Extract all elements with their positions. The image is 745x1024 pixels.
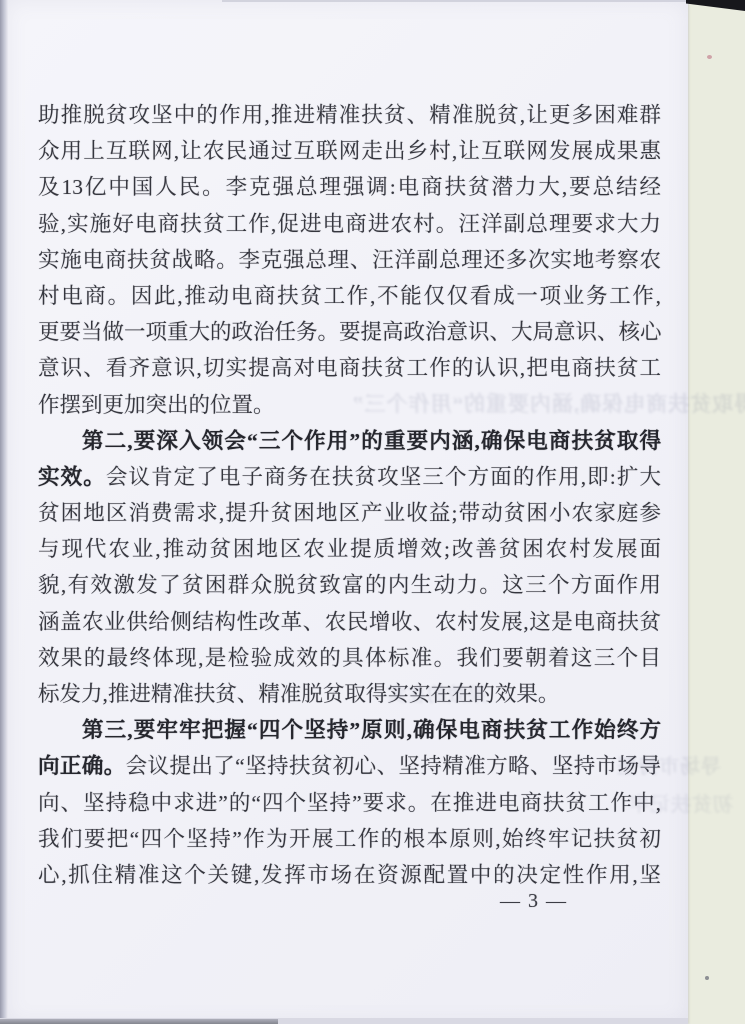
scan-speck [707,55,712,59]
page-top-edge [222,0,688,2]
text-line: 众用上互联网,让农民通过互联网走出乡村,让互联网发展成果惠 [38,133,661,169]
text-segment: 村电商。因此,推动电商扶贫工作,不能仅仅看成一项业务工作, [38,284,661,308]
text-segment: 效果的最终体现,是检验成效的具体标准。我们要朝着这三个目 [38,646,661,670]
text-line: 向正确。会议提出了“坚持扶贫初心、坚持精准方略、坚持市场导 [38,748,661,784]
document-text: 助推脱贫攻坚中的作用,推进精准扶贫、精准脱贫,让更多困难群众用上互联网,让农民通… [38,97,661,893]
text-line: 心,抓住精准这个关键,发挥市场在资源配置中的决定性作用,坚 [38,857,661,893]
page-number: — 3 — [500,890,568,913]
bold-text-segment: 第二,要深入领会“三个作用”的重要内涵,确保电商扶贫取得 [82,429,661,453]
text-line: 助推脱贫攻坚中的作用,推进精准扶贫、精准脱贫,让更多困难群 [38,97,661,133]
bleed-through-text: 初贫扶记牢 [628,788,733,817]
text-line: 貌,有效激发了贫困群众脱贫致富的内生动力。这三个方面作用 [38,567,661,603]
page-left-edge-shadow [0,0,8,1024]
scan-bottom-shadow [0,1019,278,1024]
text-line: 实施电商扶贫战略。李克强总理、汪洋副总理还多次实地考察农 [38,242,661,278]
text-segment: 及13亿中国人民。李克强总理强调:电商扶贫潜力大,要总结经 [38,175,661,199]
text-segment: 意识、看齐意识,切实提高对电商扶贫工作的认识,把电商扶贫工 [38,356,661,380]
text-segment: 会议肯定了电子商务在扶贫攻坚三个方面的作用,即:扩大 [106,465,661,489]
text-line: 意识、看齐意识,切实提高对电商扶贫工作的认识,把电商扶贫工 [38,350,661,386]
text-segment: 验,实施好电商扶贫工作,促进电商进农村。汪洋副总理要求大力 [38,212,661,236]
text-segment: 涵盖农业供给侧结构性改革、农民增收、农村发展,这是电商扶贫 [38,610,661,634]
text-segment: 貌,有效激发了贫困群众脱贫致富的内生动力。这三个方面作用 [38,573,661,597]
bleed-through-text: 得取贫扶商电保确,涵内要重的“用作个三” [352,388,745,418]
text-line: 效果的最终体现,是检验成效的具体标准。我们要朝着这三个目 [38,640,661,676]
text-segment: 众用上互联网,让农民通过互联网走出乡村,让互联网发展成果惠 [38,139,661,163]
text-line: 第三,要牢牢把握“四个坚持”原则,确保电商扶贫工作始终方 [38,712,661,748]
text-line: 验,实施好电商扶贫工作,促进电商进农村。汪洋副总理要求大力 [38,206,661,242]
text-line: 更要当做一项重大的政治任务。要提高政治意识、大局意识、核心 [38,314,661,350]
text-segment: 会议提出了“坚持扶贫初心、坚持精准方略、坚持市场导 [126,754,661,778]
text-line: 涵盖农业供给侧结构性改革、农民增收、农村发展,这是电商扶贫 [38,604,661,640]
text-line: 及13亿中国人民。李克强总理强调:电商扶贫潜力大,要总结经 [38,169,661,205]
text-segment: 贫困地区消费需求,提升贫困地区产业收益;带动贫困小农家庭参 [38,501,661,525]
text-line: 与现代农业,推动贫困地区农业提质增效;改善贫困农村发展面 [38,531,661,567]
scan-corner-artifact [686,0,745,11]
text-line: 我们要把“四个坚持”作为开展工作的根本原则,始终牢记扶贫初 [38,821,661,857]
scan-speck [705,976,709,980]
text-line: 向、坚持稳中求进”的“四个坚持”要求。在推进电商扶贫工作中, [38,785,661,821]
text-segment: 实施电商扶贫战略。李克强总理、汪洋副总理还多次实地考察农 [38,248,661,272]
text-line: 标发力,推进精准扶贫、精准脱贫取得实实在在的效果。 [38,676,661,712]
text-segment: 与现代农业,推动贫困地区农业提质增效;改善贫困农村发展面 [38,537,661,561]
text-segment: 心,抓住精准这个关键,发挥市场在资源配置中的决定性作用,坚 [38,863,661,887]
text-line: 实效。会议肯定了电子商务在扶贫攻坚三个方面的作用,即:扩大 [38,459,661,495]
bold-text-segment: 实效。 [38,465,106,489]
text-line: 村电商。因此,推动电商扶贫工作,不能仅仅看成一项业务工作, [38,278,661,314]
text-segment: 向、坚持稳中求进”的“四个坚持”要求。在推进电商扶贫工作中, [38,791,661,815]
bleed-through-text: 果效的在实 [386,680,486,707]
text-segment: 我们要把“四个坚持”作为开展工作的根本原则,始终牢记扶贫初 [38,827,661,851]
text-segment: 作摆到更加突出的位置。 [38,393,275,417]
bleed-through-text: 导场市持坚 [616,750,721,779]
scanner-background: { "colors": { "backing": "#eaecdf", "pap… [0,0,745,1024]
bold-text-segment: 向正确。 [38,754,126,778]
bold-text-segment: 第三,要牢牢把握“四个坚持”原则,确保电商扶贫工作始终方 [82,718,661,742]
text-line: 第二,要深入领会“三个作用”的重要内涵,确保电商扶贫取得 [38,423,661,459]
text-segment: 更要当做一项重大的政治任务。要提高政治意识、大局意识、核心 [38,320,662,344]
text-segment: 助推脱贫攻坚中的作用,推进精准扶贫、精准脱贫,让更多困难群 [38,103,661,127]
text-line: 贫困地区消费需求,提升贫困地区产业收益;带动贫困小农家庭参 [38,495,661,531]
